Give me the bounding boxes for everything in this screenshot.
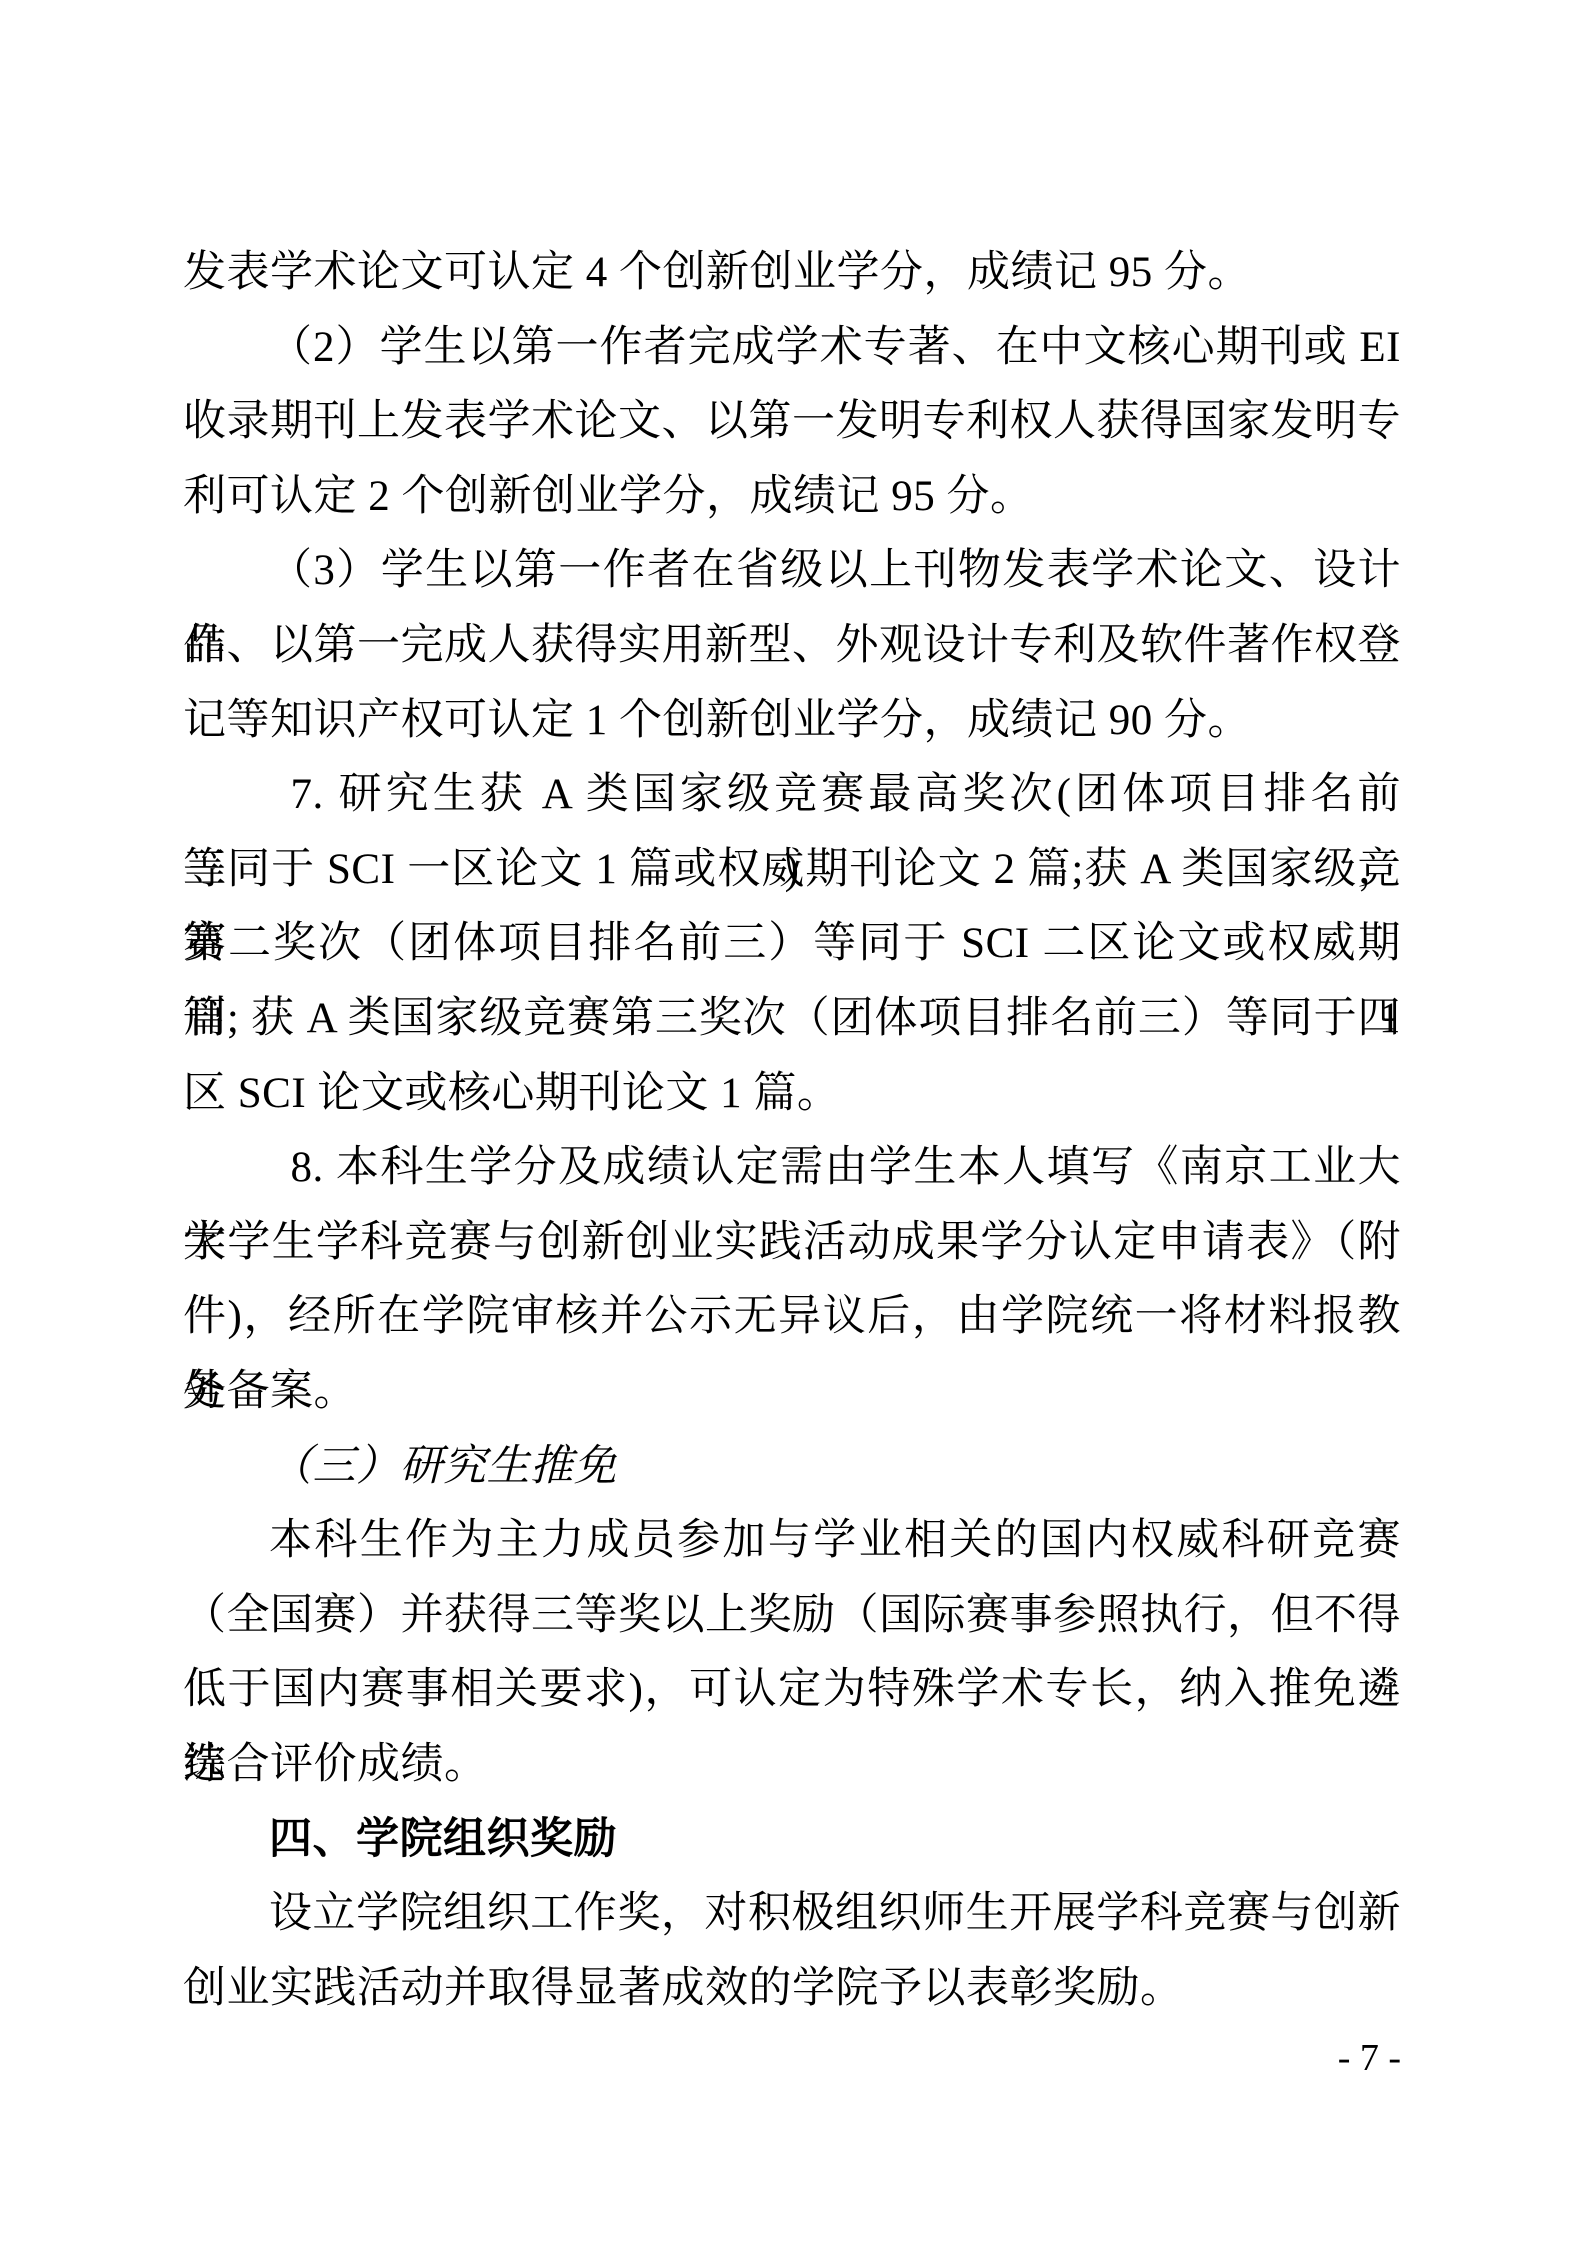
text-line: 利可认定 2 个创新创业学分，成绩记 95 分。 <box>183 460 1401 535</box>
text-line: （全国赛）并获得三等奖以上奖励（国际赛事参照执行，但不得 <box>183 1579 1401 1654</box>
heading-line: 四、学院组织奖励 <box>183 1802 1401 1877</box>
text-line: 7. 研究生获 A 类国家级竞赛最高奖次(团体项目排名前三)， <box>183 758 1401 833</box>
text-line: 低于国内赛事相关要求)，可认定为特殊学术专长，纳入推免遴选 <box>183 1653 1401 1728</box>
text-line: 大学生学科竞赛与创新创业实践活动成果学分认定申请表》（附 <box>183 1206 1401 1281</box>
text-line: 本科生作为主力成员参加与学业相关的国内权威科研竞赛 <box>183 1504 1401 1579</box>
text-line: （3）学生以第一作者在省级以上刊物发表学术论文、设计作 <box>183 534 1401 609</box>
text-line: 处备案。 <box>183 1355 1401 1430</box>
text-line: 第二奖次（团体项目排名前三）等同于 SCI 二区论文或权威期刊 1 <box>183 907 1401 982</box>
text-line: 8. 本科生学分及成绩认定需由学生本人填写《南京工业大学 <box>183 1131 1401 1206</box>
text-line: 发表学术论文可认定 4 个创新创业学分，成绩记 95 分。 <box>183 236 1401 311</box>
document-body: 发表学术论文可认定 4 个创新创业学分，成绩记 95 分。（2）学生以第一作者完… <box>183 236 1401 2026</box>
text-line: 等同于 SCI 一区论文 1 篇或权威期刊论文 2 篇;获 A 类国家级竞赛 <box>183 833 1401 908</box>
text-line: （2）学生以第一作者完成学术专著、在中文核心期刊或 EI <box>183 311 1401 386</box>
text-line: 收录期刊上发表学术论文、以第一发明专利权人获得国家发明专 <box>183 385 1401 460</box>
page-number: - 7 - <box>183 2036 1401 2080</box>
text-line: 区 SCI 论文或核心期刊论文 1 篇。 <box>183 1057 1401 1132</box>
text-line: 创业实践活动并取得显著成效的学院予以表彰奖励。 <box>183 1952 1401 2027</box>
document-page: 发表学术论文可认定 4 个创新创业学分，成绩记 95 分。（2）学生以第一作者完… <box>0 0 1587 2245</box>
text-line: 设立学院组织工作奖，对积极组织师生开展学科竞赛与创新 <box>183 1877 1401 1952</box>
heading-line: （三）研究生推免 <box>183 1430 1401 1505</box>
text-line: 综合评价成绩。 <box>183 1728 1401 1803</box>
text-line: 记等知识产权可认定 1 个创新创业学分，成绩记 90 分。 <box>183 684 1401 759</box>
text-line: 件)，经所在学院审核并公示无异议后，由学院统一将材料报教务 <box>183 1280 1401 1355</box>
text-line: 篇; 获 A 类国家级竞赛第三奖次（团体项目排名前三）等同于四 <box>183 982 1401 1057</box>
text-line: 品、以第一完成人获得实用新型、外观设计专利及软件著作权登 <box>183 609 1401 684</box>
